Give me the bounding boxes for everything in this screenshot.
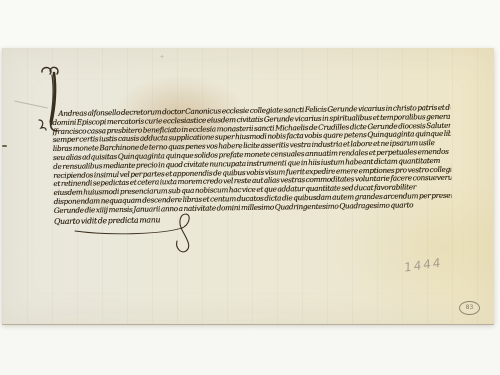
registration-mark: + (160, 54, 164, 61)
manuscript-paper: + Andreas alfonsello decretorum doctor C… (2, 48, 494, 324)
folio-number: 83 (466, 305, 474, 311)
scanned-document-photo: + Andreas alfonsello decretorum doctor C… (0, 0, 500, 375)
folio-number-stamp: 83 (459, 301, 480, 315)
text-lines: Andreas alfonsello decretorum doctor Can… (52, 104, 452, 216)
pencil-year-annotation: 1444 (404, 255, 443, 275)
edge-ink-dash (2, 145, 7, 147)
signature-flourish (62, 208, 207, 258)
